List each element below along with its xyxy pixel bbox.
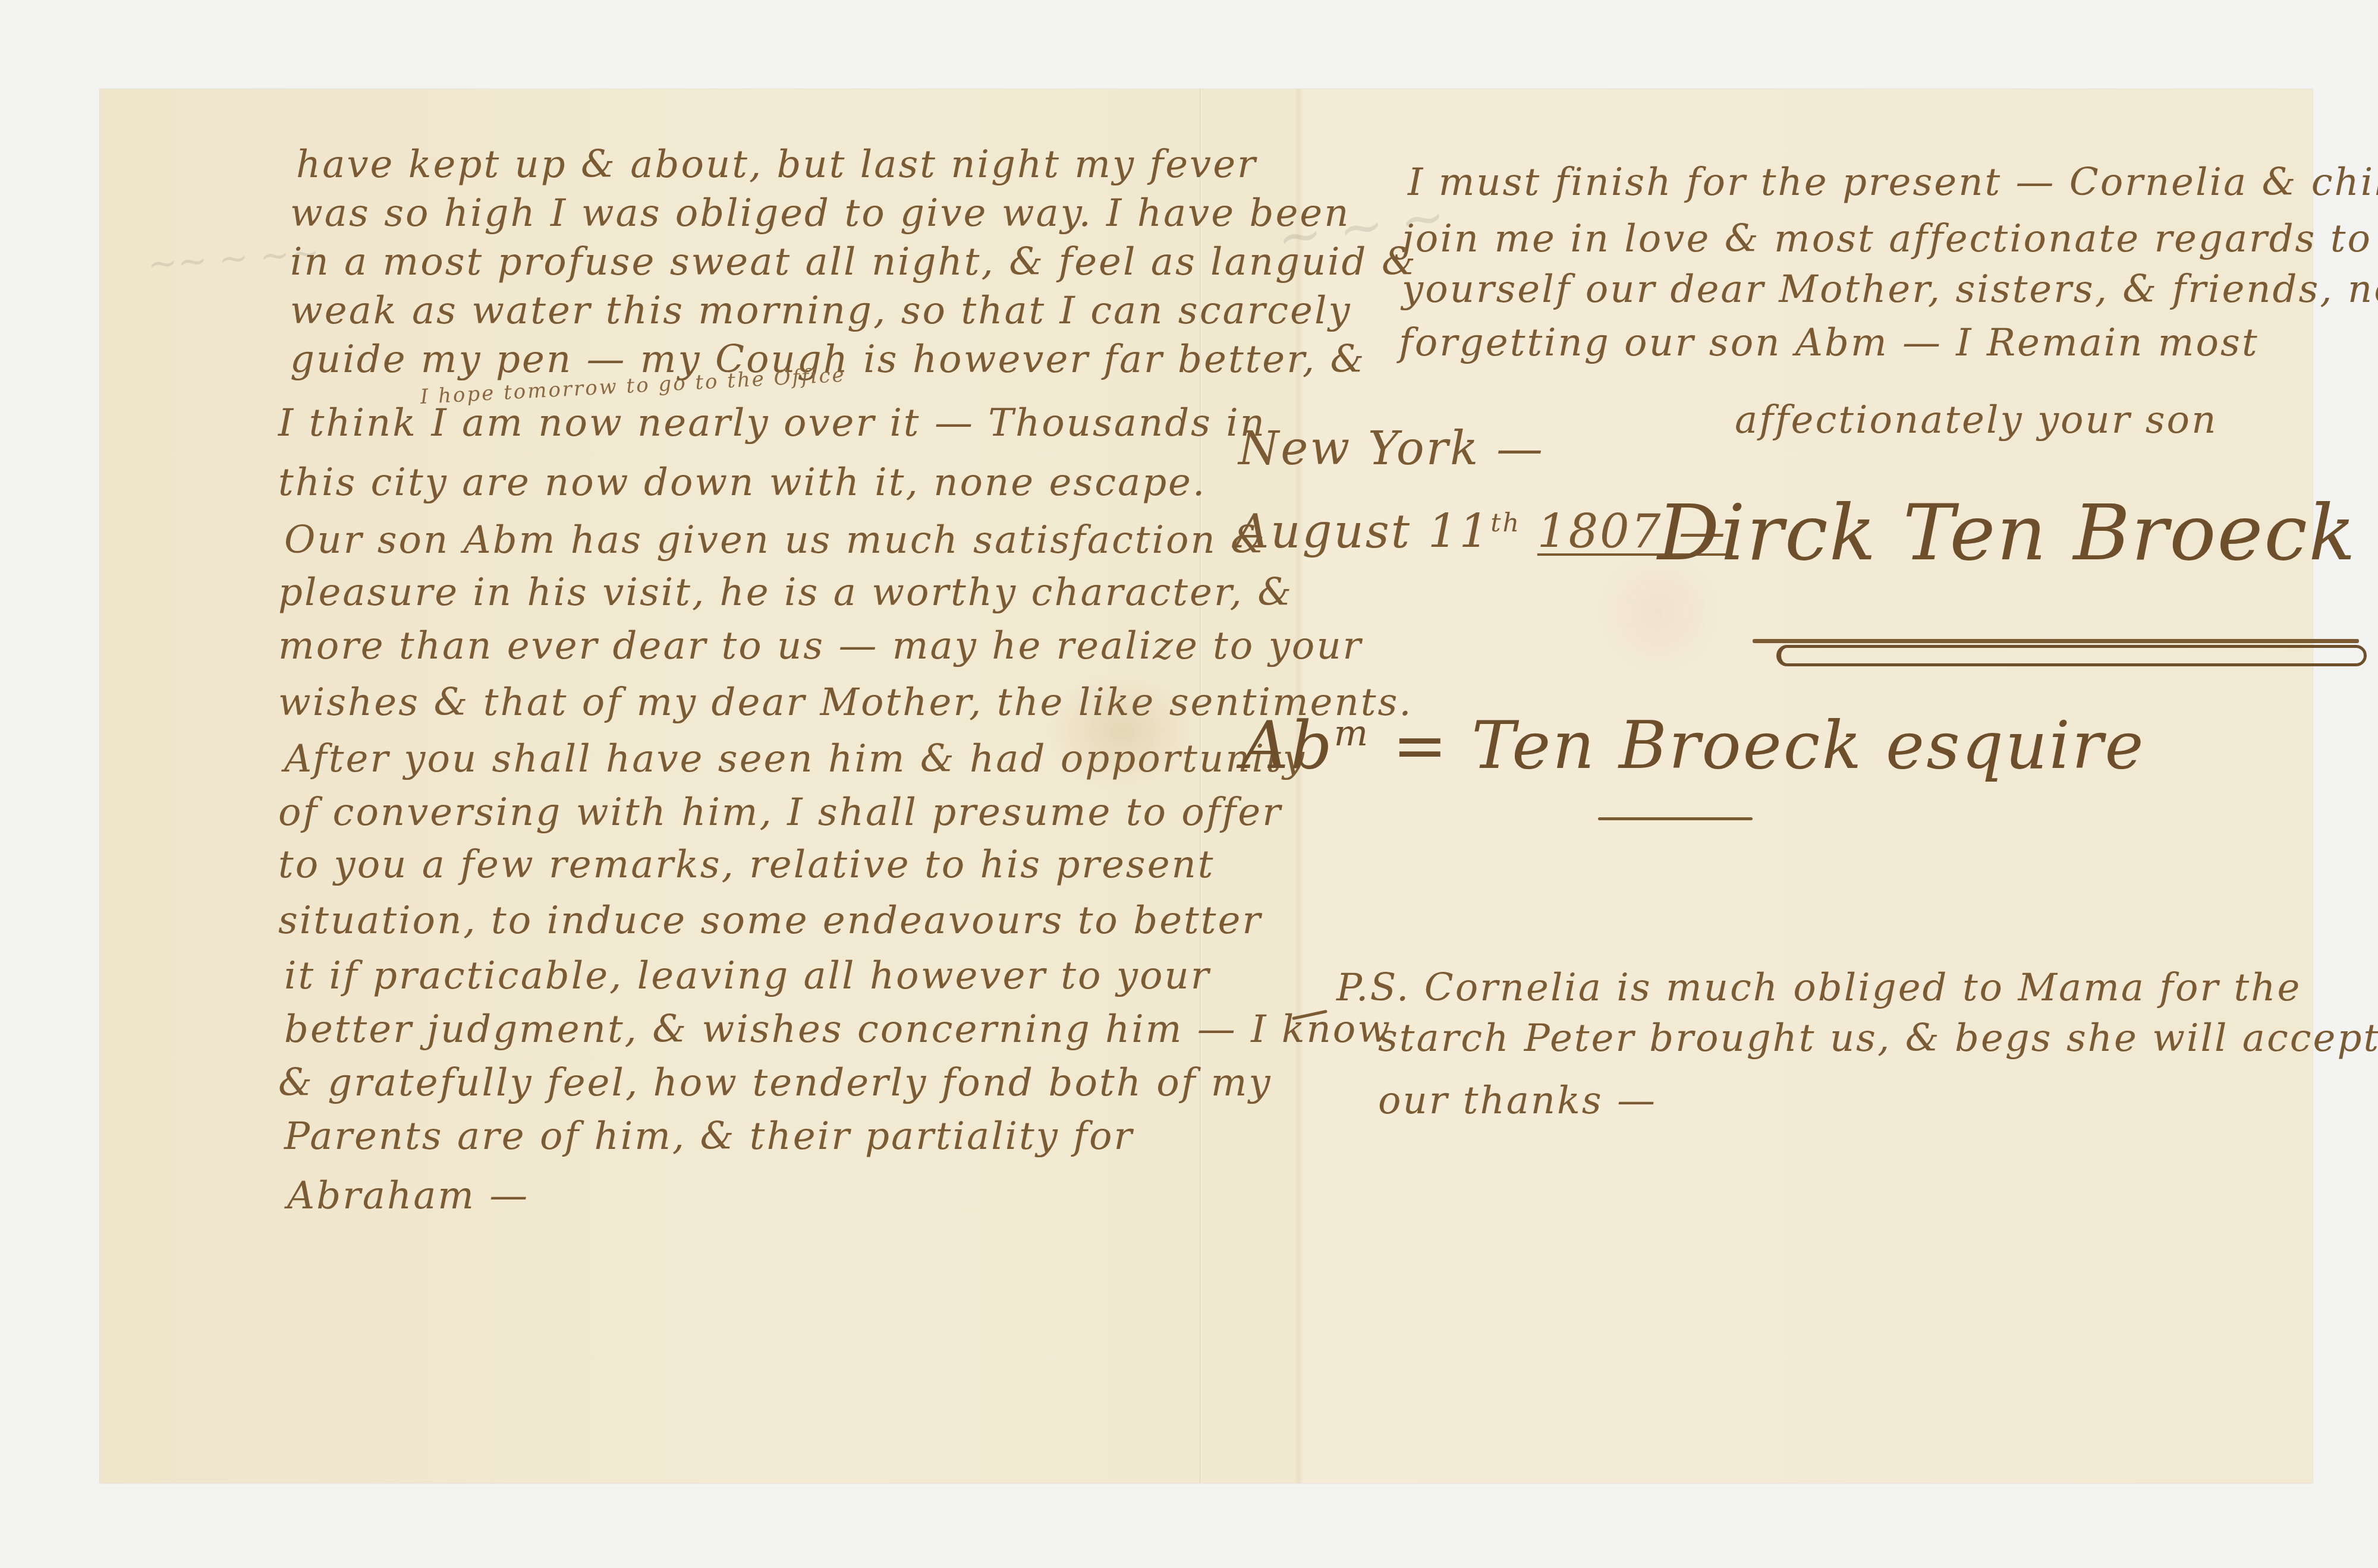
letter-line: Parents are of him, & their partiality f… [284,1114,1134,1158]
letter-line: it if practicable, leaving all however t… [284,954,1210,998]
closing-line: yourself our dear Mother, sisters, & fri… [1402,267,2378,311]
date-month-day: August 11 [1235,505,1490,559]
letter-line: After you shall have seen him & had oppo… [284,737,1306,781]
postscript-line: P.S. Cornelia is much obliged to Mama fo… [1336,966,2301,1010]
letter-line: Our son Abm has given us much satisfacti… [284,518,1266,562]
letter-date: August 11th 1807 — [1235,505,1727,559]
postscript-line: starch Peter brought us, & begs she will… [1378,1016,2378,1060]
letter-line: situation, to induce some endeavours to … [278,899,1262,943]
place-of-writing: New York — [1238,422,1545,476]
letter-line: better judgment, & wishes concerning him… [284,1007,1392,1051]
letter-line: weak as water this morning, so that I ca… [290,289,1352,333]
addressee-prefix: Ab [1241,707,1334,783]
letter-line: more than ever dear to us — may he reali… [278,624,1363,668]
addressee-underline [1598,817,1753,820]
addressee-name: = Ten Broeck esquire [1392,707,2146,783]
letter-line: & gratefully feel, how tenderly fond bot… [278,1061,1272,1105]
closing-line: I must finish for the present — Cornelia… [1408,160,2378,204]
letter-line: in a most profuse sweat all night, & fee… [290,240,1417,284]
letter-paper: ~ ~ ~ ~~ ~ ~~ have kept up & about, but … [100,89,2313,1483]
letter-line: was so high I was obliged to give way. I… [290,191,1350,235]
letter-line: have kept up & about, but last night my … [296,143,1257,187]
letter-line: pleasure in his visit, he is a worthy ch… [278,571,1293,615]
letter-line: to you a few remarks, relative to his pr… [278,843,1215,887]
addressee-prefix-superscript: m [1334,713,1370,754]
addressee: Abm = Ten Broeck esquire [1241,707,2146,783]
letter-line: this city are now down with it, none esc… [278,461,1206,505]
signature: Dirck Ten Broeck [1657,487,2357,578]
closing-line: join me in love & most affectionate rega… [1402,217,2372,261]
date-ordinal-suffix: th [1490,508,1521,538]
letter-line-closing: Abraham — [287,1174,529,1218]
closing-line: forgetting our son Abm — I Remain most [1399,321,2259,365]
valediction: affectionately your son [1735,398,2217,442]
letter-line: of conversing with him, I shall presume … [278,791,1282,835]
signature-flourish [1776,645,2367,666]
postscript-line: our thanks — [1378,1079,1657,1123]
letter-line: I think I am now nearly over it — Thousa… [278,401,1266,445]
signature-underline [1753,639,2359,643]
